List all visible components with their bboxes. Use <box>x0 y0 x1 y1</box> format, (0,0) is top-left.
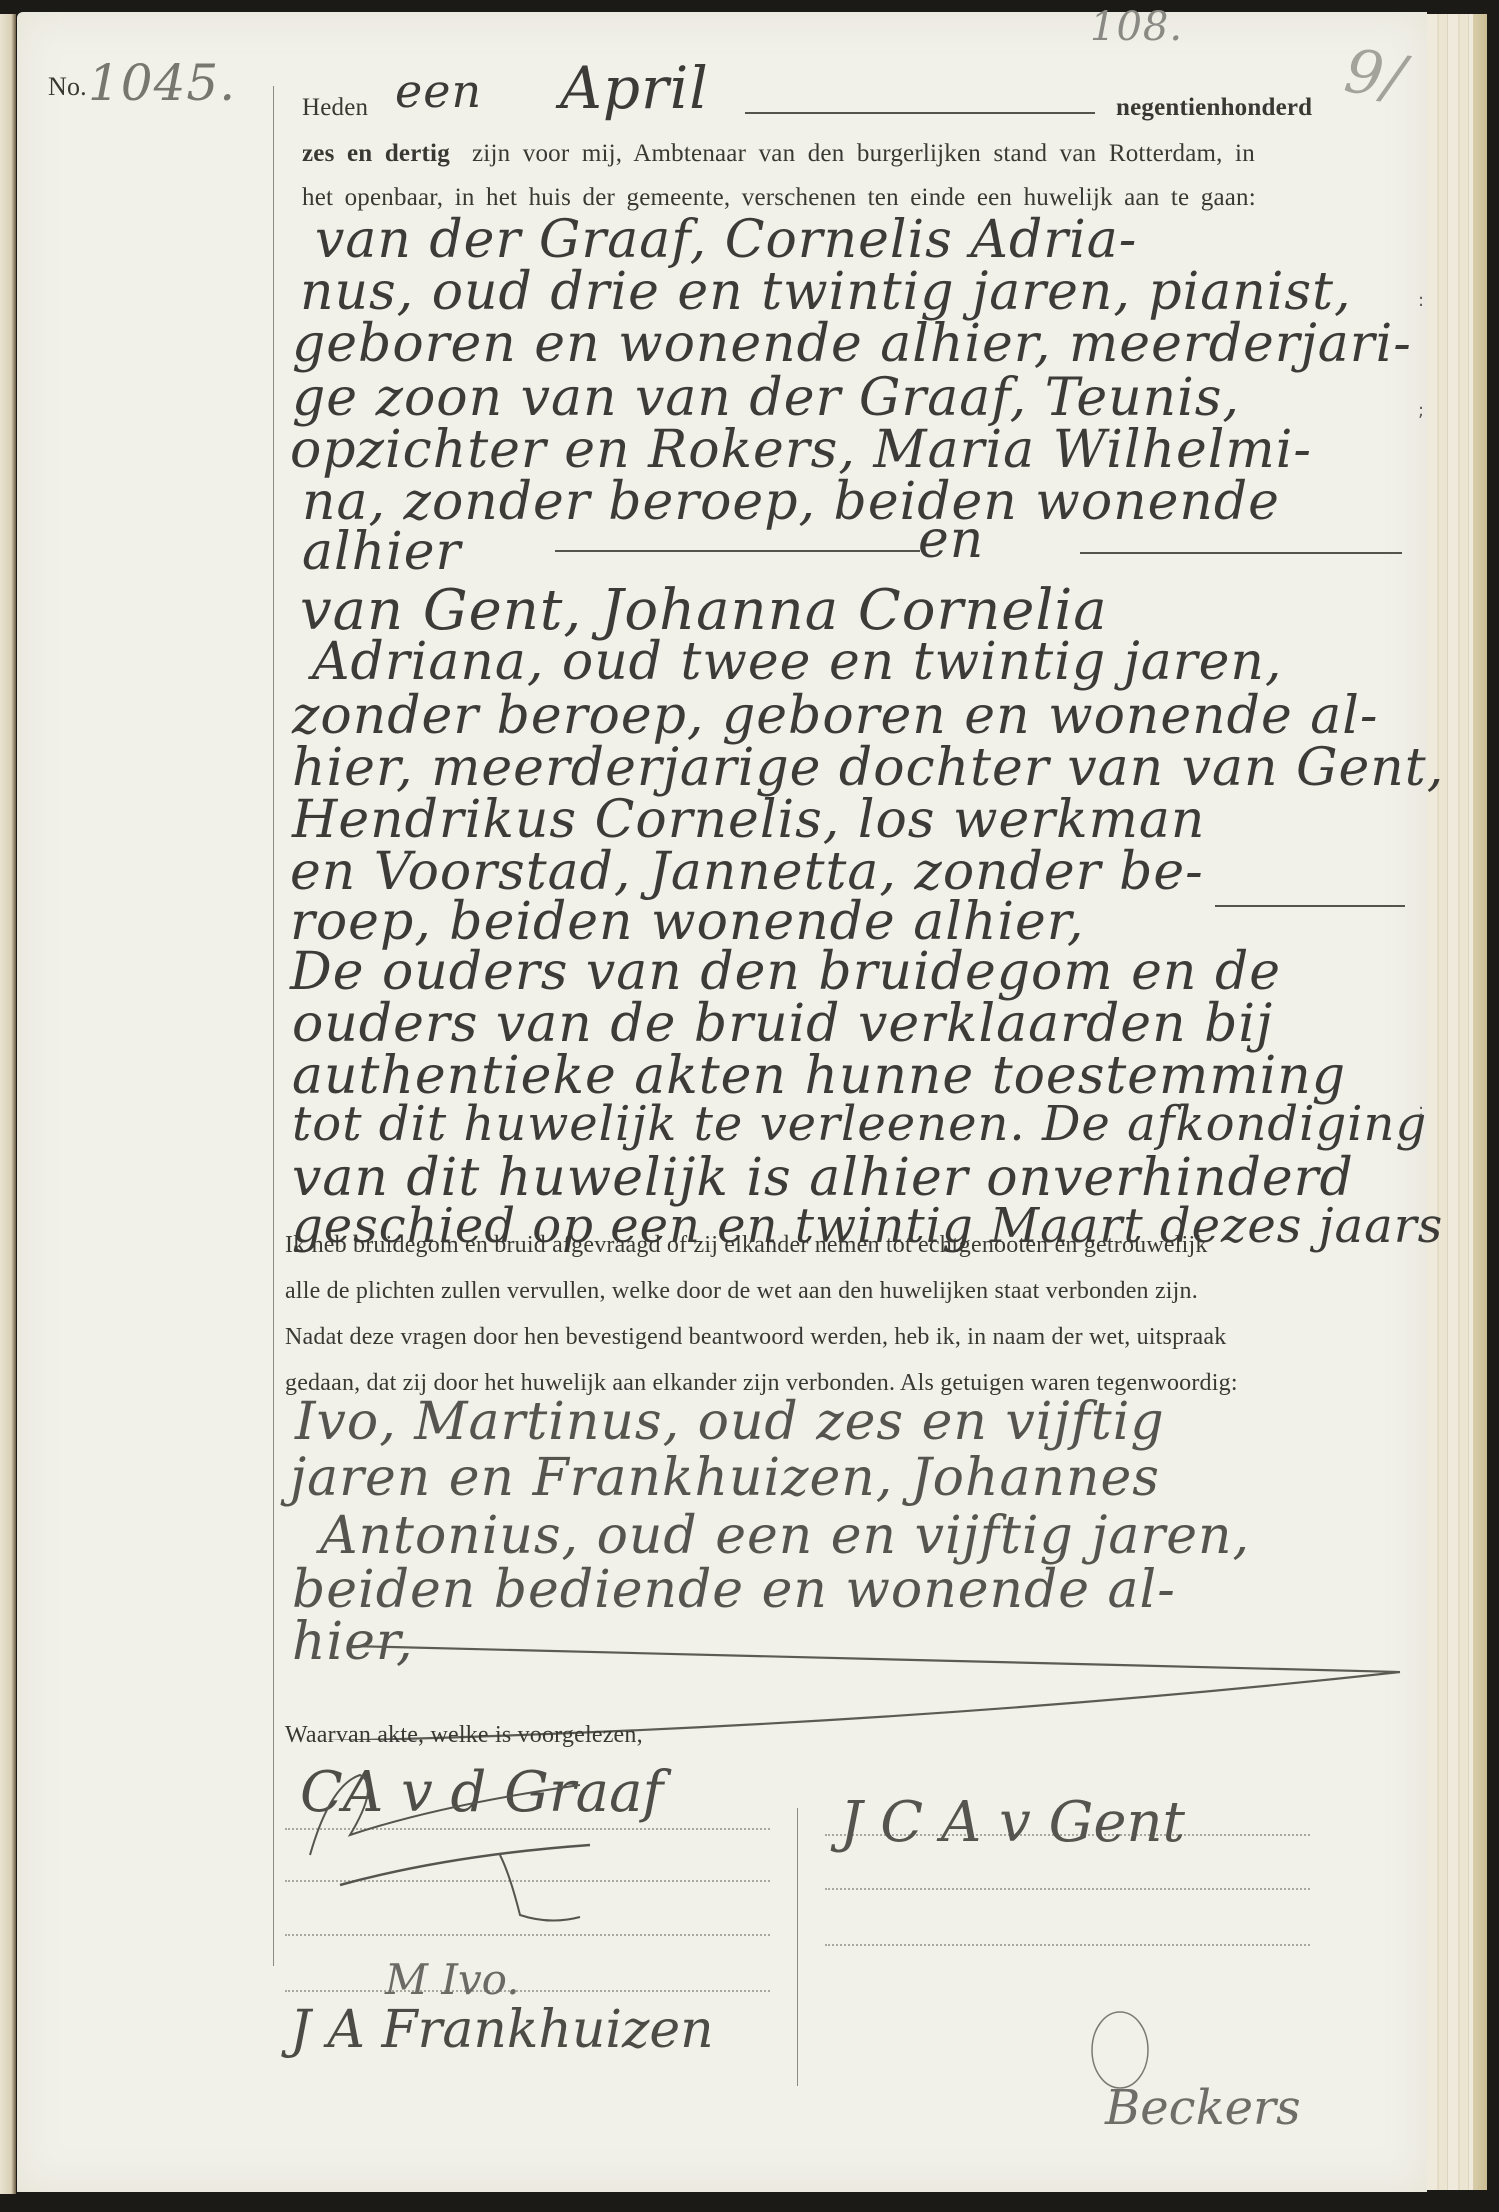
sig-line-right-3 <box>825 1944 1310 1946</box>
hw-line-2: nus, oud drie en twintig jaren, pianist, <box>300 262 1352 322</box>
sig-line-left-3 <box>285 1934 770 1936</box>
fill-line-15 <box>1215 905 1405 907</box>
edge-mark: : <box>1418 1100 1424 1121</box>
official-signature: Beckers <box>1105 2080 1301 2136</box>
hw-en-connector: en <box>918 510 984 570</box>
record-number: 1045. <box>88 54 236 112</box>
hw-line-4: ge zoon van van der Graaf, Teunis, <box>292 368 1240 428</box>
hw-line-5: opzichter en Rokers, Maria Wilhelmi- <box>290 420 1312 480</box>
witness-2-signature: J A Frankhuizen <box>290 2000 714 2060</box>
witness-line-4: beiden bediende en wonende al- <box>292 1560 1176 1620</box>
hw-line-11: zonder beroep, geboren en wonende al- <box>292 686 1378 746</box>
witness-line-2: jaren en Frankhuizen, Johannes <box>290 1448 1160 1508</box>
edge-mark: ; <box>1418 400 1424 421</box>
margin-annotation: 9/ <box>1340 36 1410 114</box>
hw-line-17: ouders van de bruid verklaarden bij <box>292 994 1273 1054</box>
printed-line-1: Ik heb bruidegom en bruid afgevraagd of … <box>285 1232 1208 1259</box>
year-suffix: zes en dertig <box>302 140 450 168</box>
sig-line-left-4 <box>285 1990 770 1992</box>
signature-divider <box>797 1808 798 2086</box>
heden-label: Heden <box>302 94 368 122</box>
hw-line-10: Adriana, oud twee en twintig jaren, <box>312 632 1282 692</box>
witness-line-3: Antonius, oud een en vijftig jaren, <box>320 1506 1250 1566</box>
sig-line-right-2 <box>825 1888 1310 1890</box>
hw-line-12: hier, meerderjarige dochter van van Gent… <box>292 738 1444 798</box>
hw-line-19: tot dit huwelijk te verleenen. De afkond… <box>292 1096 1427 1152</box>
fill-line-right <box>1080 552 1402 554</box>
month-handwritten: April <box>560 54 709 122</box>
day-handwritten: een <box>395 64 482 118</box>
header-line-2: het openbaar, in het huis der gemeente, … <box>302 184 1256 212</box>
hw-line-7: alhier <box>302 522 461 582</box>
witness-line-1: Ivo, Martinus, oud zes en vijftig <box>295 1392 1165 1452</box>
hw-line-3: geboren en wonende alhier, meerderjari- <box>292 314 1412 374</box>
hw-line-1: van der Graaf, Cornelis Adria- <box>315 210 1137 270</box>
witness-1-signature: M Ivo. <box>385 1955 520 2004</box>
previous-page-edge <box>0 14 16 2194</box>
printed-line-3: Nadat deze vragen door hen bevestigend b… <box>285 1324 1226 1351</box>
fill-line-left <box>555 550 920 552</box>
year-prefix: negentienhonderd <box>1116 94 1312 122</box>
page-number: 108. <box>1090 4 1183 50</box>
bride-signature: J C A v Gent <box>840 1790 1185 1855</box>
record-number-label: No. <box>48 72 87 102</box>
stacked-page-edges <box>1427 14 1487 2190</box>
date-fill-line <box>745 112 1095 114</box>
header-line-1: zijn voor mij, Ambtenaar van den burgerl… <box>472 140 1255 168</box>
hw-line-13: Hendrikus Cornelis, los werkman <box>292 790 1205 850</box>
hw-line-16: De ouders van den bruidegom en de <box>290 942 1281 1002</box>
groom-signature-flourish <box>290 1745 710 1925</box>
edge-mark: : <box>1418 290 1424 311</box>
printed-line-2: alle de plichten zullen vervullen, welke… <box>285 1278 1198 1305</box>
